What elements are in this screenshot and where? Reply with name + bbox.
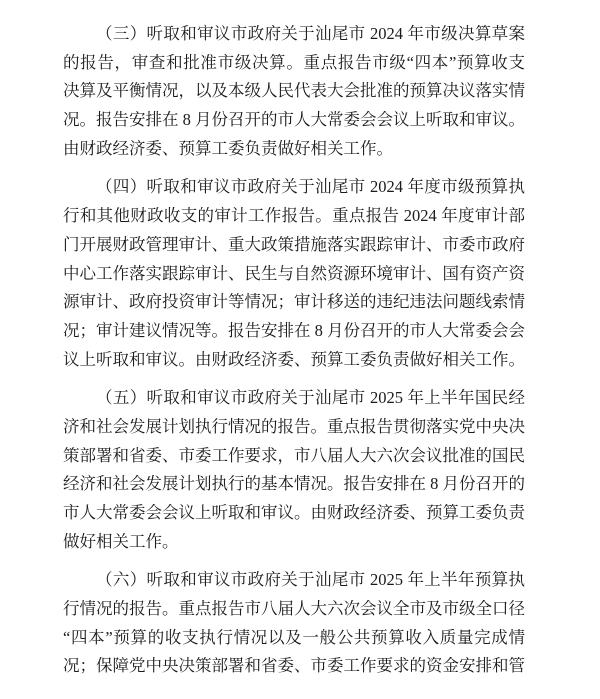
paragraph-item-3: （三）听取和审议市政府关于汕尾市 2024 年市级决算草案 的报告，审查和批准市… xyxy=(63,20,525,164)
text-line: 况；保障党中央决策部署和省委、市委工作要求的资金安排和管 xyxy=(63,652,525,681)
text-line: 策部署和省委、市委工作要求，市八届人大六次会议批准的国民 xyxy=(63,442,525,471)
text-line: 源审计、政府投资审计等情况；审计移送的违纪违法问题线索情 xyxy=(63,288,525,317)
text-line: 中心工作落实跟踪审计、民生与自然资源环境审计、国有资产资 xyxy=(63,260,525,289)
text-line: （四）听取和审议市政府关于汕尾市 2024 年度市级预算执 xyxy=(63,173,525,202)
text-line: 决算及平衡情况，以及本级人民代表大会批准的预算决议落实情 xyxy=(63,77,525,106)
text-line: 行和其他财政收支的审计工作报告。重点报告 2024 年度审计部 xyxy=(63,202,525,231)
text-line: 市人大常委会会议上听取和审议。由财政经济委、预算工委负责 xyxy=(63,499,525,528)
text-line: 做好相关工作。 xyxy=(63,528,525,557)
text-line: 由财政经济委、预算工委负责做好相关工作。 xyxy=(63,135,525,164)
text-line: 门开展财政管理审计、重大政策措施落实跟踪审计、市委市政府 xyxy=(63,231,525,260)
paragraph-item-5: （五）听取和审议市政府关于汕尾市 2025 年上半年国民经 济和社会发展计划执行… xyxy=(63,384,525,556)
text-line: 的报告，审查和批准市级决算。重点报告市级“四本”预算收支 xyxy=(63,49,525,78)
text-line: 经济和社会发展计划执行的基本情况。报告安排在 8 月份召开的 xyxy=(63,470,525,499)
text-line: “四本”预算的收支执行情况以及一般公共预算收入质量完成情 xyxy=(63,624,525,653)
text-line: 况。报告安排在 8 月份召开的市人大常委会会议上听取和审议。 xyxy=(63,106,525,135)
text-line: （三）听取和审议市政府关于汕尾市 2024 年市级决算草案 xyxy=(63,20,525,49)
text-line: 议上听取和审议。由财政经济委、预算工委负责做好相关工作。 xyxy=(63,346,525,375)
paragraph-item-6: （六）听取和审议市政府关于汕尾市 2025 年上半年预算执 行情况的报告。重点报… xyxy=(63,566,525,681)
text-line: 况；审计建议情况等。报告安排在 8 月份召开的市人大常委会会 xyxy=(63,317,525,346)
text-line: 行情况的报告。重点报告市八届人大六次会议全市及市级全口径 xyxy=(63,595,525,624)
document-page: （三）听取和审议市政府关于汕尾市 2024 年市级决算草案 的报告，审查和批准市… xyxy=(63,20,525,681)
text-line: 济和社会发展计划执行情况的报告。重点报告贯彻落实党中央决 xyxy=(63,413,525,442)
paragraph-item-4: （四）听取和审议市政府关于汕尾市 2024 年度市级预算执 行和其他财政收支的审… xyxy=(63,173,525,374)
text-line: （五）听取和审议市政府关于汕尾市 2025 年上半年国民经 xyxy=(63,384,525,413)
text-line: （六）听取和审议市政府关于汕尾市 2025 年上半年预算执 xyxy=(63,566,525,595)
